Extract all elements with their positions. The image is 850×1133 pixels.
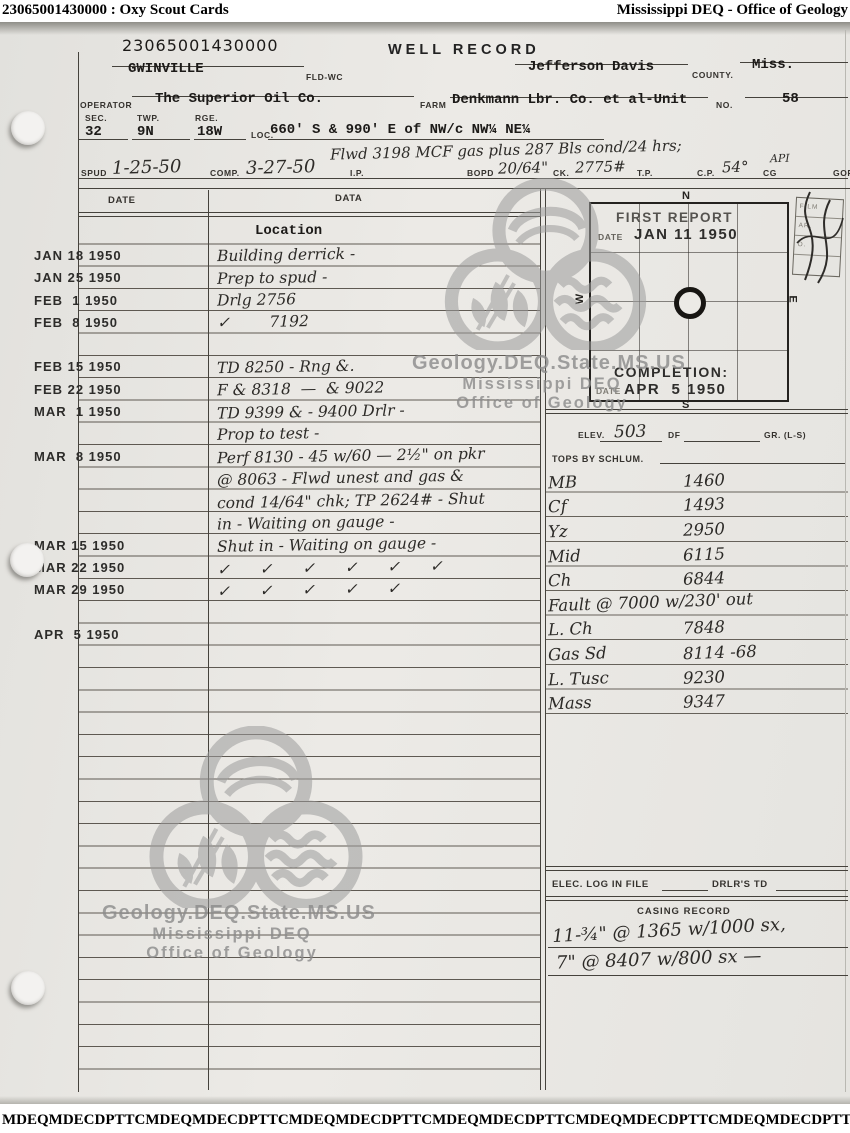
tops-row-name: Gas Sd xyxy=(548,641,684,665)
rule xyxy=(662,890,708,891)
log-row-text: Shut in - Waiting on gauge - xyxy=(210,534,436,556)
tops-row-name: L. Ch xyxy=(548,616,684,640)
tops-row-name: Fault @ 7000 w/230' out xyxy=(548,591,684,615)
log-row: MAR 8 1950 Perf 8130 - 45 w/60 — 2½" on … xyxy=(30,445,540,467)
elec-log-label: ELEC. LOG IN FILE xyxy=(552,879,649,890)
footer-token: MDECD xyxy=(192,1107,249,1133)
log-row: @ 8063 - Flwd unest and gas & xyxy=(30,467,540,489)
tops-row-name: Mid xyxy=(548,542,684,566)
tops-row-depth: 6115 xyxy=(683,544,726,564)
tops-row: Ch 6844 xyxy=(548,566,848,591)
comp-value: 3-27-50 xyxy=(246,156,316,179)
tops-row-depth: 8114 -68 xyxy=(683,642,757,664)
cg-api-note: API xyxy=(770,152,790,166)
rule xyxy=(591,350,787,351)
log-row-text: Prep to spud - xyxy=(210,268,328,288)
rule xyxy=(660,463,845,464)
tops-row-depth: 1493 xyxy=(683,495,726,515)
footer-token: PTTC xyxy=(105,1107,145,1133)
cg-label: CG xyxy=(763,168,777,178)
punch-hole xyxy=(11,971,45,1005)
footer-token: MDEQ xyxy=(289,1107,336,1133)
twp-label: TWP. xyxy=(137,113,160,123)
log-row: in - Waiting on gauge - xyxy=(30,512,540,534)
log-row: MAR 22 1950 ✓ ✓ ✓ ✓ ✓ ✓ xyxy=(30,556,540,578)
tops-row: Gas Sd 8114 -68 xyxy=(548,640,848,665)
scanned-well-record-viewer: 23065001430000 : Oxy Scout Cards Mississ… xyxy=(0,0,850,1133)
tops-row: L. Ch 7848 xyxy=(548,616,848,641)
rule xyxy=(545,896,848,897)
ck-value: 2775# xyxy=(575,157,626,176)
log-row: FEB 8 1950 ✓ 7192 xyxy=(30,311,540,333)
footer-token: PTTC xyxy=(822,1107,850,1133)
tops-row: Yz 2950 xyxy=(548,517,848,542)
cp-value: 54° xyxy=(722,158,749,177)
log-row: MAR 1 1950 TD 9399 & - 9400 Drlr - xyxy=(30,400,540,422)
viewer-footer-bar: MDEQMDECDPTTCMDEQMDECDPTTCMDEQMDECDPTTCM… xyxy=(0,1104,850,1133)
log-row-date: JAN 18 1950 xyxy=(30,248,210,263)
ip-label: I.P. xyxy=(350,168,364,178)
log-row: FEB 22 1950 F & 8318 — & 9022 xyxy=(30,378,540,400)
tops-rows: MB 1460 Cf 1493 Yz 2950 Mid 6115 Ch 6844 xyxy=(548,468,848,714)
sec-value: 32 xyxy=(85,124,102,140)
log-row-date: MAR 15 1950 xyxy=(30,538,210,553)
farm-label: FARM xyxy=(420,100,446,110)
log-row: FEB 15 1950 TD 8250 - Rng &. xyxy=(30,356,540,378)
footer-token: PTTC xyxy=(392,1107,432,1133)
log-row-date: APR 5 1950 xyxy=(30,627,210,642)
first-report-stamp: FIRST REPORT xyxy=(616,210,733,225)
spud-value: 1-25-50 xyxy=(112,156,182,179)
rule xyxy=(78,216,540,217)
casing-record-label: CASING RECORD xyxy=(637,906,731,917)
log-row-text: Prop to test - xyxy=(210,424,320,444)
bopd-value: 20/64" xyxy=(498,158,549,177)
tops-row-depth: 9230 xyxy=(683,667,726,687)
tops-row: Cf 1493 xyxy=(548,493,848,518)
header-right-title: Mississippi DEQ - Office of Geology xyxy=(615,0,850,20)
tops-row: MB 1460 xyxy=(548,468,848,493)
field-name: GWINVILLE xyxy=(128,61,204,77)
tops-row-name: Mass xyxy=(548,690,684,714)
compass-n: N xyxy=(682,190,690,202)
tops-row-name: Yz xyxy=(548,518,684,542)
rule xyxy=(545,870,848,871)
log-row-date: MAR 1 1950 xyxy=(30,404,210,419)
rge-label: RGE. xyxy=(195,113,218,123)
log-row: FEB 1 1950 Drlg 2756 xyxy=(30,289,540,311)
footer-token: MDEQ xyxy=(432,1107,479,1133)
log-row-text: ✓ ✓ ✓ ✓ ✓ ✓ xyxy=(210,557,443,579)
log-row-date: MAR 22 1950 xyxy=(30,560,210,575)
footer-token: MDEQ xyxy=(719,1107,766,1133)
first-report-date-label: DATE xyxy=(598,232,623,242)
gor-label: GOR xyxy=(833,168,850,178)
scan-bottom-shadow xyxy=(0,1096,850,1104)
rule xyxy=(684,441,760,442)
viewer-header-bar: 23065001430000 : Oxy Scout Cards Mississ… xyxy=(0,0,850,22)
scan-top-shadow xyxy=(0,22,850,35)
footer-token: MDECD xyxy=(49,1107,106,1133)
rule xyxy=(545,409,848,410)
log-row-text: TD 9399 & - 9400 Drlr - xyxy=(210,401,405,422)
rule xyxy=(545,413,848,414)
footer-token: MDEQ xyxy=(575,1107,622,1133)
loc-value: 660' S & 990' E of NW/c NW¼ NE¼ xyxy=(270,122,530,138)
tp-label: T.P. xyxy=(637,168,653,178)
log-row: APR 5 1950 xyxy=(30,623,540,645)
compass-e: E xyxy=(787,295,799,302)
compass-s: S xyxy=(682,399,689,411)
log-data-header: DATA xyxy=(335,193,362,204)
sec-label: SEC. xyxy=(85,113,107,123)
rule xyxy=(78,212,540,213)
log-row xyxy=(30,333,540,355)
completion-date: APR 5 1950 xyxy=(624,381,726,398)
log-row-text: cond 14/64" chk; TP 2624# - Shut xyxy=(210,489,485,512)
elev-value: 503 xyxy=(614,422,647,443)
twp-value: 9N xyxy=(137,124,154,140)
log-row-date: FEB 22 1950 xyxy=(30,382,210,397)
tops-row: Fault @ 7000 w/230' out xyxy=(548,591,848,616)
log-row-text: ✓ ✓ ✓ ✓ ✓ xyxy=(210,579,400,600)
comp-label: COMP. xyxy=(210,168,240,178)
ck-label: CK. xyxy=(553,168,569,178)
log-row: cond 14/64" chk; TP 2624# - Shut xyxy=(30,490,540,512)
rule xyxy=(78,188,850,189)
rule xyxy=(776,890,848,891)
tops-row-name: Cf xyxy=(548,493,684,517)
rule xyxy=(545,900,848,901)
no-label: NO. xyxy=(716,100,733,110)
log-row-date: FEB 8 1950 xyxy=(30,315,210,330)
log-row-date: MAR 8 1950 xyxy=(30,449,210,464)
log-row: MAR 15 1950 Shut in - Waiting on gauge - xyxy=(30,534,540,556)
tops-row-name: MB xyxy=(548,468,684,492)
tops-row-name: Ch xyxy=(548,567,684,591)
rule xyxy=(545,188,546,1090)
no-value: 58 xyxy=(782,91,799,107)
county-name: Jefferson Davis xyxy=(528,59,654,75)
tops-row-depth: 6844 xyxy=(683,568,726,588)
footer-token: MDECD xyxy=(479,1107,536,1133)
footer-token: MDEQ xyxy=(2,1107,49,1133)
bopd-label: BOPD xyxy=(467,168,494,178)
signature-scrawl xyxy=(785,188,850,288)
well-location-marker xyxy=(674,287,706,319)
tops-row: Mass 9347 xyxy=(548,689,848,714)
log-row: JAN 25 1950 Prep to spud - xyxy=(30,267,540,289)
rule xyxy=(540,188,541,1090)
tops-row-depth: 1460 xyxy=(683,470,726,490)
log-row-text: TD 8250 - Rng &. xyxy=(210,357,355,378)
footer-token: PTTC xyxy=(679,1107,719,1133)
log-row-text: in - Waiting on gauge - xyxy=(210,512,395,533)
cp-label: C.P. xyxy=(697,168,715,178)
tops-row: Mid 6115 xyxy=(548,542,848,567)
rule xyxy=(591,252,787,253)
elev-df-label: DF xyxy=(668,430,681,440)
log-row: Prop to test - xyxy=(30,423,540,445)
footer-token: MDEQ xyxy=(145,1107,192,1133)
rule xyxy=(548,975,848,976)
elev-label: ELEV. xyxy=(578,430,605,440)
log-row-text: @ 8063 - Flwd unest and gas & xyxy=(210,467,464,489)
tops-row-depth: 9347 xyxy=(683,691,726,711)
log-row-date: JAN 25 1950 xyxy=(30,270,210,285)
operator-label: OPERATOR xyxy=(80,100,132,110)
footer-token: PTTC xyxy=(535,1107,575,1133)
log-row-date: FEB 1 1950 xyxy=(30,293,210,308)
completion-stamp: COMPLETION: xyxy=(614,364,729,380)
footer-token: MDECD xyxy=(335,1107,392,1133)
completion-date-label: DATE xyxy=(596,386,621,396)
farm-value: Denkmann Lbr. Co. et al-Unit xyxy=(452,92,687,108)
state-name: Miss. xyxy=(752,57,794,73)
punch-hole xyxy=(11,111,45,145)
footer-token: MDECD xyxy=(622,1107,679,1133)
footer-token: MDECD xyxy=(765,1107,822,1133)
log-row-date: MAR 29 1950 xyxy=(30,582,210,597)
api-number: 23065001430000 xyxy=(122,36,279,55)
spud-label: SPUD xyxy=(81,168,107,178)
log-rows: JAN 18 1950 Building derrick - JAN 25 19… xyxy=(30,222,540,646)
log-row xyxy=(30,222,540,244)
county-label: COUNTY. xyxy=(692,70,734,80)
log-row-date: FEB 15 1950 xyxy=(30,359,210,374)
tops-row: L. Tusc 9230 xyxy=(548,665,848,690)
rule xyxy=(78,178,848,179)
card-title: WELL RECORD xyxy=(388,42,540,58)
elev-gr-label: GR. (L-S) xyxy=(764,430,806,440)
log-row-text: Perf 8130 - 45 w/60 — 2½" on pkr xyxy=(210,445,485,468)
punch-hole xyxy=(10,543,44,577)
rge-value: 18W xyxy=(197,124,222,140)
log-row: MAR 29 1950 ✓ ✓ ✓ ✓ ✓ xyxy=(30,579,540,601)
operator-value: The Superior Oil Co. xyxy=(155,91,323,107)
first-report-date: JAN 11 1950 xyxy=(634,226,738,243)
log-row xyxy=(30,601,540,623)
compass-w: W xyxy=(574,294,586,304)
tops-label: TOPS BY SCHLUM. xyxy=(552,454,644,464)
log-row: JAN 18 1950 Building derrick - xyxy=(30,244,540,266)
header-left-title: 23065001430000 : Oxy Scout Cards xyxy=(0,0,231,20)
footer-token: PTTC xyxy=(249,1107,289,1133)
drlrs-td-label: DRLR'S TD xyxy=(712,879,768,890)
log-row-text: F & 8318 — & 9022 xyxy=(210,379,385,400)
log-row-text: Building derrick - xyxy=(210,245,355,266)
log-row-text: ✓ 7192 xyxy=(210,312,309,332)
tops-row-name: L. Tusc xyxy=(548,665,684,689)
field-label: FLD-WC xyxy=(306,72,343,82)
log-row-text: Drlg 2756 xyxy=(210,290,296,309)
rule xyxy=(545,866,848,867)
tops-row-depth: 2950 xyxy=(683,519,726,539)
log-date-header: DATE xyxy=(108,195,136,206)
tops-row-depth: 7848 xyxy=(683,618,726,638)
